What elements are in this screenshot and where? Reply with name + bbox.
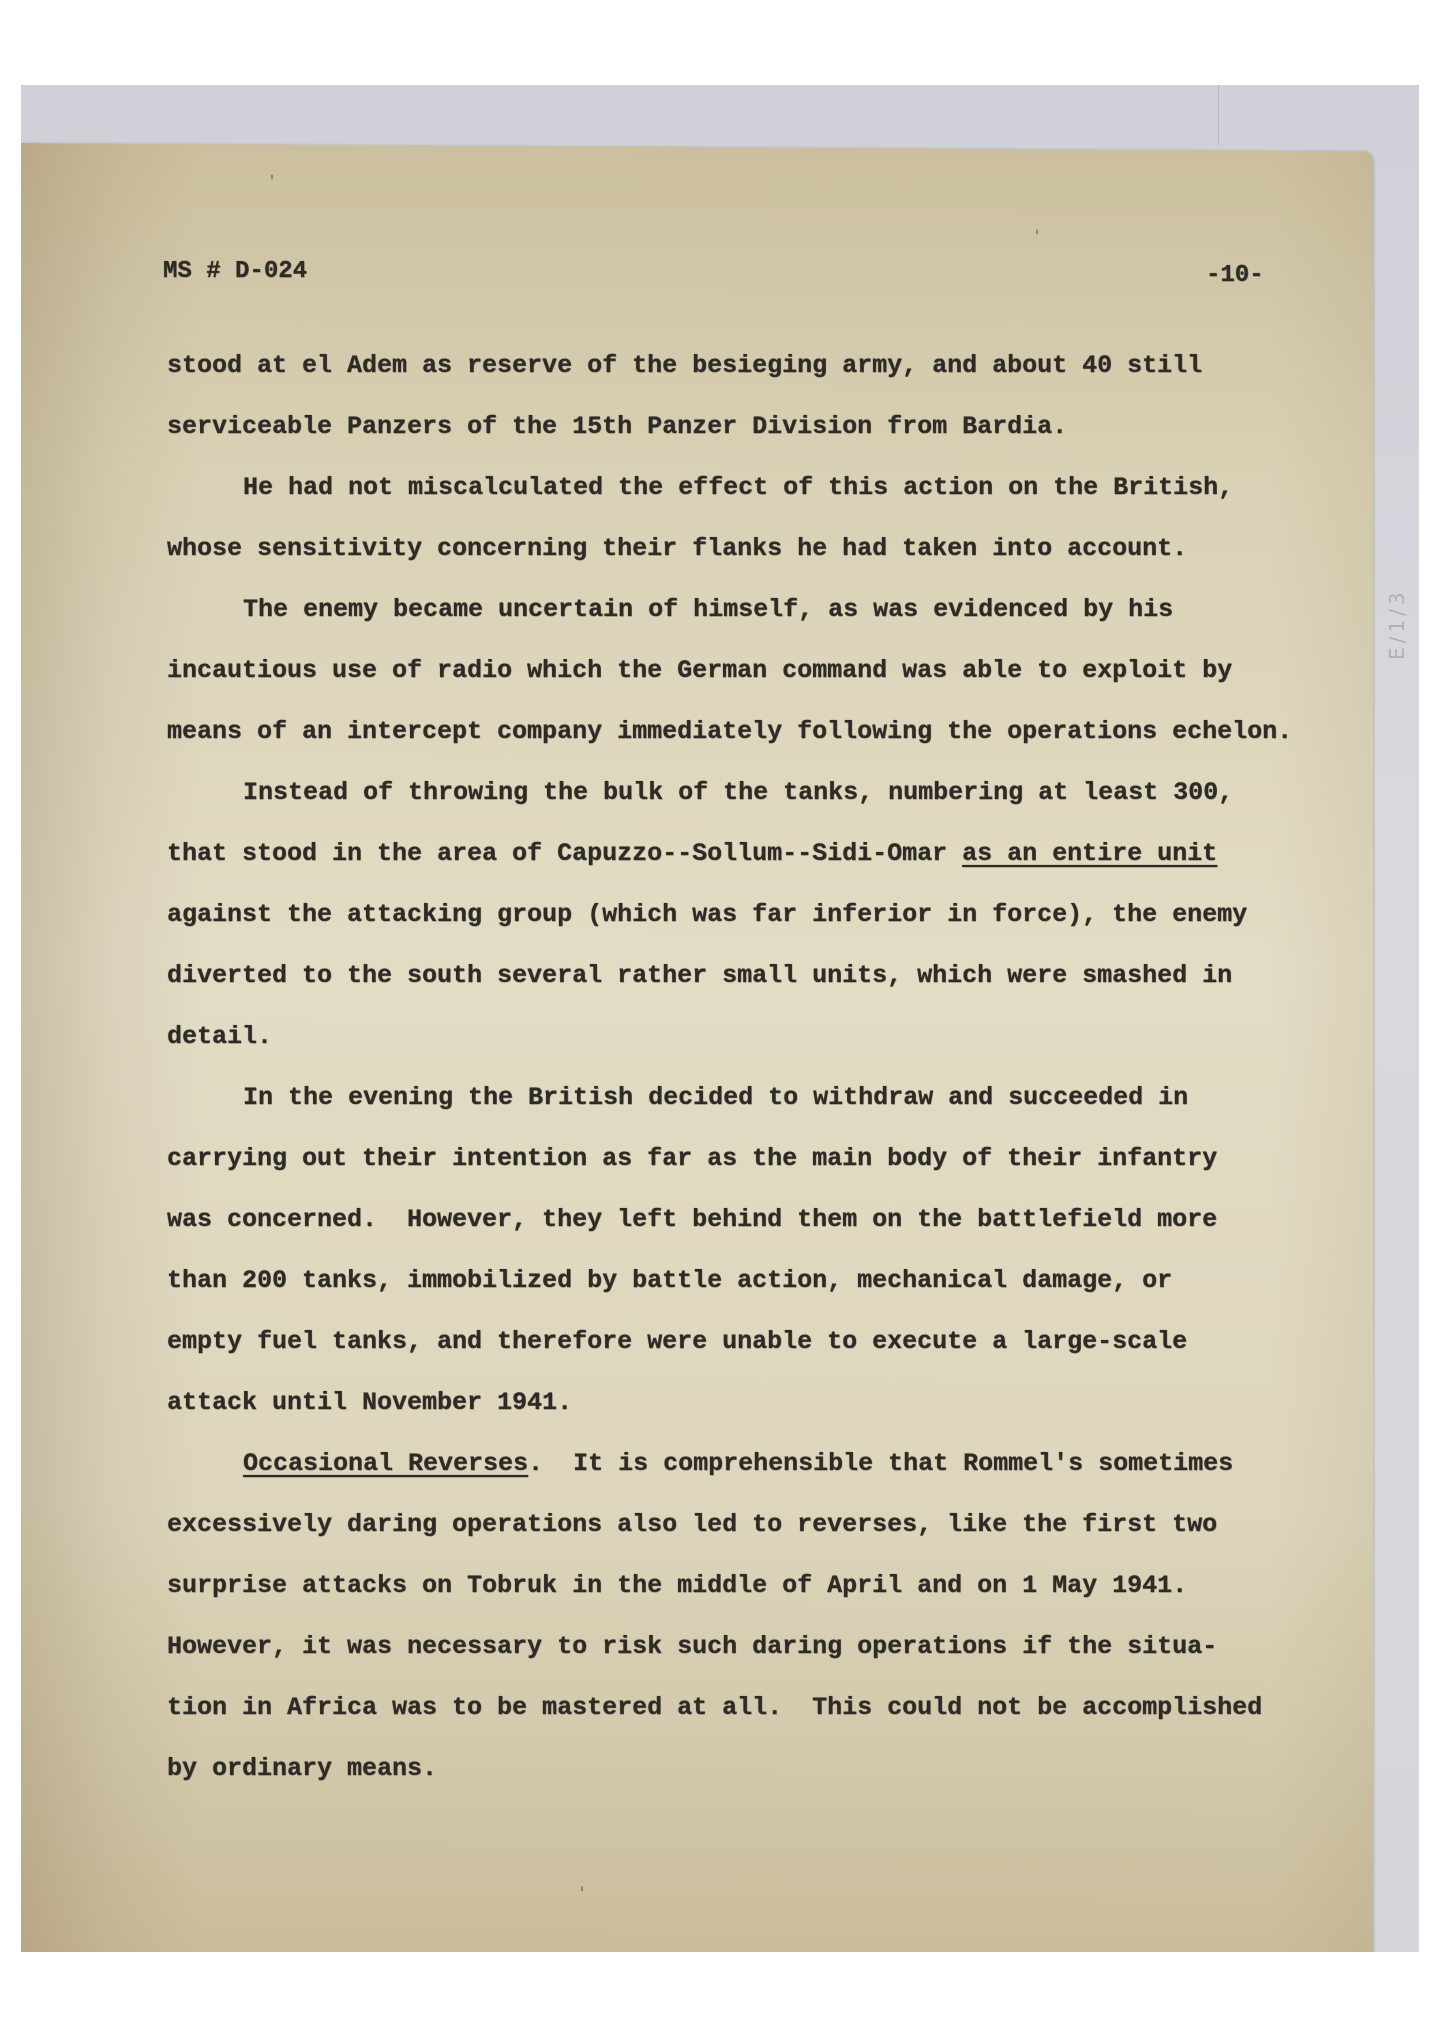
text-line: means of an intercept company immediatel… (167, 712, 1347, 773)
heading-suffix: . (528, 1449, 573, 1478)
section-heading: Occasional Reverses (243, 1449, 528, 1478)
text-line: than 200 tanks, immobilized by battle ac… (167, 1261, 1347, 1322)
text-span: It is comprehensible that Rommel's somet… (573, 1449, 1233, 1478)
paragraph-first-line: He had not miscalculated the effect of t… (167, 468, 1347, 529)
text-line: whose sensitivity concerning their flank… (167, 529, 1347, 590)
text-line: carrying out their intention as far as t… (167, 1139, 1347, 1200)
paper-speck (1036, 229, 1038, 234)
underlined-phrase: as an entire unit (962, 839, 1217, 868)
paragraph-first-line: Instead of throwing the bulk of the tank… (167, 773, 1347, 834)
text-line: incautious use of radio which the German… (167, 651, 1347, 712)
backdrop-seam (1218, 85, 1219, 145)
text-line: empty fuel tanks, and therefore were una… (167, 1322, 1347, 1383)
text-line: that stood in the area of Capuzzo--Sollu… (167, 834, 1347, 895)
text-line: diverted to the south several rather sma… (167, 956, 1347, 1017)
text-line: detail. (167, 1017, 1347, 1078)
paragraph-first-line: In the evening the British decided to wi… (167, 1078, 1347, 1139)
text-line: stood at el Adem as reserve of the besie… (167, 346, 1347, 407)
paragraph-first-line: Occasional Reverses. It is comprehensibl… (167, 1444, 1347, 1505)
text-line: attack until November 1941. (167, 1383, 1347, 1444)
pencil-annotation-mark: E/1/3 (1385, 530, 1407, 660)
document-body: stood at el Adem as reserve of the besie… (167, 346, 1347, 1810)
manuscript-id: MS # D-024 (163, 258, 307, 285)
page-number: -10- (1206, 262, 1264, 289)
text-span: that stood in the area of Capuzzo--Sollu… (167, 839, 962, 868)
text-line: excessively daring operations also led t… (167, 1505, 1347, 1566)
paper-speck (271, 175, 273, 180)
text-line: However, it was necessary to risk such d… (167, 1627, 1347, 1688)
text-line: by ordinary means. (167, 1749, 1347, 1810)
paper-speck (581, 1886, 583, 1891)
text-line: against the attacking group (which was f… (167, 895, 1347, 956)
text-line: tion in Africa was to be mastered at all… (167, 1688, 1347, 1749)
text-line: surprise attacks on Tobruk in the middle… (167, 1566, 1347, 1627)
paragraph-first-line: The enemy became uncertain of himself, a… (167, 590, 1347, 651)
text-line: was concerned. However, they left behind… (167, 1200, 1347, 1261)
text-line: serviceable Panzers of the 15th Panzer D… (167, 407, 1347, 468)
